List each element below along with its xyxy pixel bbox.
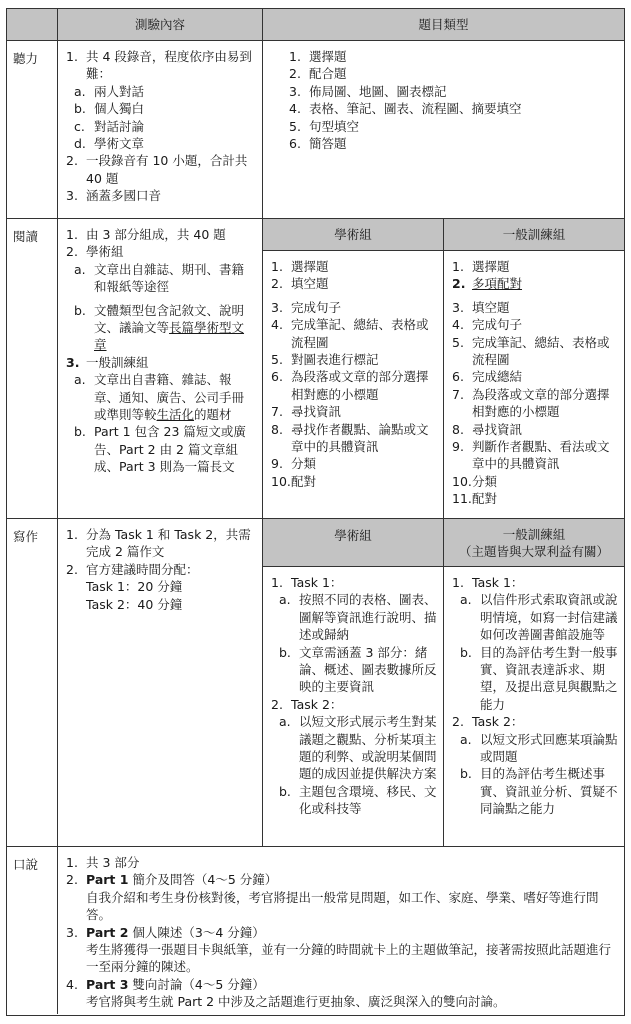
sub-item: d.學術文章: [66, 135, 256, 152]
part-title: 雙向討論（4～5 分鐘）: [128, 977, 264, 992]
reading-academic-types-cell: 1.選擇題 2.填空題 3.完成句子 4.完成筆記、總結、表格或流程圖 5.對圖…: [263, 251, 444, 519]
reading-content-cell: 1.由 3 部分組成，共 40 題 2.學術組 a.文章出自雜誌、期刊、書籍和報…: [58, 219, 263, 519]
sub-item-letter: a.: [279, 713, 299, 783]
part-description: 自我介紹和考生身份核對後，考官將提出一般常見問題，如工作、家庭、學業、嗜好等進行…: [66, 889, 618, 924]
item-number: 2.: [452, 713, 472, 730]
item-number: 1.: [66, 854, 86, 871]
item-number: 1.: [271, 574, 291, 591]
list-item: 8.尋找資訊: [452, 421, 618, 438]
sub-item: b.目的為評估考生概述事實、資訊並分析、質疑不同論點之能力: [452, 765, 618, 817]
sub-item-letter: a.: [74, 371, 94, 423]
list-item: 2.官方建議時間分配：: [66, 561, 256, 578]
item-text: 一般訓練組: [86, 354, 256, 371]
item-number: 3.: [66, 924, 86, 941]
item-number: 1.: [66, 526, 86, 561]
list-item: 1.選擇題: [271, 258, 437, 275]
sub-item-letter: c.: [74, 118, 94, 135]
text-tail: 的題材: [194, 407, 232, 422]
sub-item-text: 文章出自雜誌、期刊、書籍和報紙等途徑: [94, 261, 256, 296]
item-number: 3.: [452, 299, 472, 316]
item-text: 尋找資訊: [291, 403, 437, 420]
sub-item-letter: b.: [460, 765, 480, 817]
sub-item-text: 對話討論: [94, 118, 256, 135]
item-number: 10.: [452, 473, 472, 490]
sub-item-text: 目的為評估考生對一般事實、資訊表達訴求、期望，及提出意見與觀點之能力: [480, 644, 618, 714]
listening-label: 聽力: [13, 51, 38, 66]
sub-item-text: 目的為評估考生概述事實、資訊並分析、質疑不同論點之能力: [480, 765, 618, 817]
item-text: 選擇題: [472, 258, 618, 275]
academic-header-label: 學術組: [334, 527, 372, 544]
item-text: Part 3 雙向討論（4～5 分鐘）: [86, 976, 618, 993]
sub-item-text: 以信件形式索取資訊或說明情境，如寫一封信建議如何改善圖書館設施等: [480, 591, 618, 643]
item-number: 8.: [452, 421, 472, 438]
list-item: 1.選擇題: [289, 48, 618, 65]
writing-label: 寫作: [13, 529, 38, 544]
list-item: 2.填空題: [271, 275, 437, 292]
sub-item-text: 以短文形式回應某項論點或問題: [480, 731, 618, 766]
item-number: 6.: [452, 368, 472, 385]
sub-item-text: 個人獨白: [94, 100, 256, 117]
writing-general-header: 一般訓練組 （主題皆與大眾利益有關）: [444, 519, 624, 567]
part-description: 考官將與考生就 Part 2 中涉及之話題進行更抽象、廣泛與深入的雙向討論。: [66, 993, 618, 1010]
sub-item: a.文章出自雜誌、期刊、書籍和報紙等途徑: [66, 261, 256, 296]
list-item: 5.對圖表進行標記: [271, 351, 437, 368]
item-number: 2.: [452, 275, 472, 292]
item-text: 完成筆記、總結、表格或流程圖: [472, 334, 618, 369]
list-item: 2.學術組: [66, 243, 256, 260]
sub-item: a.兩人對話: [66, 83, 256, 100]
sub-item-letter: b.: [460, 644, 480, 714]
item-number: 3.: [271, 299, 291, 316]
list-item: 8.尋找作者觀點、論點或文章中的具體資訊: [271, 421, 437, 456]
part-title: 簡介及問答（4～5 分鐘）: [128, 872, 277, 887]
list-item-emphasized: 2.多項配對: [452, 275, 618, 292]
sub-item-text: 文章出自書籍、雜誌、報章、通知、廣告、公司手冊或準則等較生活化的題材: [94, 371, 256, 423]
list-item: 11.配對: [452, 490, 618, 507]
list-item: 4.完成句子: [452, 316, 618, 333]
writing-label-cell: 寫作: [7, 519, 58, 847]
speaking-label-cell: 口說: [7, 847, 58, 1014]
item-text: 選擇題: [291, 258, 437, 275]
sub-item: a.文章出自書籍、雜誌、報章、通知、廣告、公司手冊或準則等較生活化的題材: [66, 371, 256, 423]
list-item: 4.完成筆記、總結、表格或流程圖: [271, 316, 437, 351]
list-item: 5.完成筆記、總結、表格或流程圖: [452, 334, 618, 369]
sub-item-text: 按照不同的表格、圖表、圖解等資訊進行說明、描述或歸納: [299, 591, 437, 643]
item-number: 9.: [271, 455, 291, 472]
listening-label-cell: 聽力: [7, 41, 58, 219]
item-number: 4.: [66, 976, 86, 993]
item-number: 4.: [289, 100, 309, 117]
item-text: 分類: [472, 473, 618, 490]
part-label: Part 1: [86, 872, 128, 887]
list-item: 1.Task 1：: [452, 574, 618, 591]
item-text: 填空題: [291, 275, 437, 292]
listening-types-cell: 1.選擇題 2.配合題 3.佈局圖、地圖、圖表標記 4.表格、筆記、圖表、流程圖…: [263, 41, 624, 219]
item-text: 完成句子: [291, 299, 437, 316]
list-item: 2.Task 2：: [452, 713, 618, 730]
sub-item-letter: a.: [74, 83, 94, 100]
item-number: 7.: [452, 386, 472, 421]
item-text: Task 2：: [291, 696, 437, 713]
list-item: 1.由 3 部分組成，共 40 題: [66, 226, 256, 243]
reading-general-types-cell: 1.選擇題 2.多項配對 3.填空題 4.完成句子 5.完成筆記、總結、表格或流…: [444, 251, 624, 519]
item-text: 完成總結: [472, 368, 618, 385]
item-number: 5.: [289, 118, 309, 135]
item-text: 配對: [291, 473, 437, 490]
list-item: 7.為段落或文章的部分選擇相對應的小標題: [452, 386, 618, 421]
time-task1: Task 1：20 分鐘: [66, 578, 256, 595]
list-item: 9.判斷作者觀點、看法或文章中的具體資訊: [452, 438, 618, 473]
item-text: 簡答題: [309, 135, 618, 152]
sub-item-letter: b.: [74, 423, 94, 475]
item-text-underlined: 多項配對: [472, 276, 522, 291]
part-description: 考生將獲得一張題目卡與紙筆，並有一分鐘的時間就卡上的主題做筆記，接著需按照此話題…: [66, 941, 618, 976]
sub-item-letter: a.: [460, 731, 480, 766]
list-item: 1.Task 1：: [271, 574, 437, 591]
item-number: 8.: [271, 421, 291, 456]
reading-label-cell: 閱讀: [7, 219, 58, 519]
sub-item-text: 文章需涵蓋 3 部分：緒論、概述、圖表數據所反映的主要資訊: [299, 644, 437, 696]
sub-item-letter: a.: [460, 591, 480, 643]
item-text: 尋找作者觀點、論點或文章中的具體資訊: [291, 421, 437, 456]
item-text: Part 2 個人陳述（3～4 分鐘）: [86, 924, 618, 941]
header-corner-cell: [7, 9, 58, 41]
item-number: 5.: [452, 334, 472, 369]
header-types-label: 題目類型: [418, 16, 468, 33]
list-item: 4.Part 3 雙向討論（4～5 分鐘）: [66, 976, 618, 993]
sub-item: b.文章需涵蓋 3 部分：緒論、概述、圖表數據所反映的主要資訊: [271, 644, 437, 696]
academic-header-label: 學術組: [334, 226, 372, 243]
item-number: 1.: [66, 48, 86, 83]
list-item: 2.Part 1 簡介及問答（4～5 分鐘）: [66, 871, 618, 888]
list-item: 1.共 3 部分: [66, 854, 618, 871]
list-item: 7.尋找資訊: [271, 403, 437, 420]
sub-item: b.Part 1 包含 23 篇短文或廣告、Part 2 由 2 篇文章組成、P…: [66, 423, 256, 475]
list-item: 9.分類: [271, 455, 437, 472]
item-text: 官方建議時間分配：: [86, 561, 256, 578]
list-item: 6.簡答題: [289, 135, 618, 152]
item-text: 分為 Task 1 和 Task 2，共需完成 2 篇作文: [86, 526, 256, 561]
sub-item: b.文體類型包含記敘文、說明文、議論文等長篇學術型文章: [66, 302, 256, 354]
sub-item-text: 學術文章: [94, 135, 256, 152]
item-text: 學術組: [86, 243, 256, 260]
time-task2: Task 2：40 分鐘: [66, 596, 256, 613]
item-number: 7.: [271, 403, 291, 420]
item-number: 5.: [271, 351, 291, 368]
sub-item-letter: a.: [279, 591, 299, 643]
item-number: 3.: [66, 187, 86, 204]
item-number: 1.: [452, 574, 472, 591]
writing-academic-cell: 1.Task 1： a.按照不同的表格、圖表、圖解等資訊進行說明、描述或歸納 b…: [263, 567, 444, 847]
sub-item: b.個人獨白: [66, 100, 256, 117]
list-item: 5.句型填空: [289, 118, 618, 135]
item-text: Task 1：: [472, 574, 618, 591]
sub-item-text: 文體類型包含記敘文、說明文、議論文等長篇學術型文章: [94, 302, 256, 354]
item-number: 2.: [66, 871, 86, 888]
speaking-content-cell: 1.共 3 部分 2.Part 1 簡介及問答（4～5 分鐘） 自我介紹和考生身…: [58, 847, 624, 1014]
list-item: 2.Task 2：: [271, 696, 437, 713]
item-number: 9.: [452, 438, 472, 473]
list-item: 6.為段落或文章的部分選擇相對應的小標題: [271, 368, 437, 403]
item-number: 4.: [271, 316, 291, 351]
item-number: 6.: [271, 368, 291, 403]
part-label: Part 3: [86, 977, 128, 992]
item-text: 配合題: [309, 65, 618, 82]
list-item: 6.完成總結: [452, 368, 618, 385]
header-types-cell: 題目類型: [263, 9, 624, 41]
reading-general-header: 一般訓練組: [444, 219, 624, 251]
part-title: 個人陳述（3～4 分鐘）: [128, 925, 264, 940]
list-item: 3.填空題: [452, 299, 618, 316]
list-item: 4.表格、筆記、圖表、流程圖、摘要填空: [289, 100, 618, 117]
item-number: 3.: [66, 354, 86, 371]
item-text: 尋找資訊: [472, 421, 618, 438]
item-text: 完成句子: [472, 316, 618, 333]
header-content-cell: 測驗內容: [58, 9, 263, 41]
sub-item-letter: d.: [74, 135, 94, 152]
sub-item: c.對話討論: [66, 118, 256, 135]
item-text: 表格、筆記、圖表、流程圖、摘要填空: [309, 100, 618, 117]
sub-item-text: 主題包含環境、移民、文化或科技等: [299, 783, 437, 818]
item-number: 4.: [452, 316, 472, 333]
text-underlined: 生活化: [157, 407, 195, 422]
item-number: 2.: [66, 561, 86, 578]
sub-item-letter: b.: [279, 783, 299, 818]
item-number: 1.: [452, 258, 472, 275]
item-text: 一段錄音有 10 小題，合計共 40 題: [86, 152, 256, 187]
writing-general-cell: 1.Task 1： a.以信件形式索取資訊或說明情境，如寫一封信建議如何改善圖書…: [444, 567, 624, 847]
item-text: 填空題: [472, 299, 618, 316]
item-text: 選擇題: [309, 48, 618, 65]
item-text: 對圖表進行標記: [291, 351, 437, 368]
item-text: Part 1 簡介及問答（4～5 分鐘）: [86, 871, 618, 888]
sub-item: a.以短文形式回應某項論點或問題: [452, 731, 618, 766]
sub-item-text: Part 1 包含 23 篇短文或廣告、Part 2 由 2 篇文章組成、Par…: [94, 423, 256, 475]
list-item: 3.Part 2 個人陳述（3～4 分鐘）: [66, 924, 618, 941]
item-number: 2.: [66, 243, 86, 260]
item-text: 由 3 部分組成，共 40 題: [86, 226, 256, 243]
list-item: 3.涵蓋多國口音: [66, 187, 256, 204]
sub-item-letter: b.: [74, 302, 94, 354]
item-text: 為段落或文章的部分選擇相對應的小標題: [291, 368, 437, 403]
item-text: 共 4 段錄音，程度依序由易到難：: [86, 48, 256, 83]
item-number: 1.: [289, 48, 309, 65]
sub-item-letter: b.: [279, 644, 299, 696]
sub-item-letter: b.: [74, 100, 94, 117]
listening-content-cell: 1.共 4 段錄音，程度依序由易到難： a.兩人對話 b.個人獨白 c.對話討論…: [58, 41, 263, 219]
item-text: 為段落或文章的部分選擇相對應的小標題: [472, 386, 618, 421]
part-label: Part 2: [86, 925, 128, 940]
item-text: 分類: [291, 455, 437, 472]
reading-label: 閱讀: [13, 229, 38, 244]
item-text: 句型填空: [309, 118, 618, 135]
general-header-label: 一般訓練組: [503, 226, 566, 243]
list-item: 1.選擇題: [452, 258, 618, 275]
list-item: 2.一段錄音有 10 小題，合計共 40 題: [66, 152, 256, 187]
sub-item-text: 以短文形式展示考生對某議題之觀點、分析某項主題的利弊、或說明某個問題的成因並提供…: [299, 713, 437, 783]
general-header-note: （主題皆與大眾利益有關）: [459, 543, 609, 560]
item-number: 1.: [271, 258, 291, 275]
item-text: Task 2：: [472, 713, 618, 730]
writing-content-cell: 1.分為 Task 1 和 Task 2，共需完成 2 篇作文 2.官方建議時間…: [58, 519, 263, 847]
item-text: 共 3 部分: [86, 854, 618, 871]
sub-item: a.以短文形式展示考生對某議題之觀點、分析某項主題的利弊、或說明某個問題的成因並…: [271, 713, 437, 783]
item-text: 配對: [472, 490, 618, 507]
item-text: 判斷作者觀點、看法或文章中的具體資訊: [472, 438, 618, 473]
header-content-label: 測驗內容: [135, 16, 185, 33]
sub-item: a.以信件形式索取資訊或說明情境，如寫一封信建議如何改善圖書館設施等: [452, 591, 618, 643]
sub-item: a.按照不同的表格、圖表、圖解等資訊進行說明、描述或歸納: [271, 591, 437, 643]
item-text: 涵蓋多國口音: [86, 187, 256, 204]
writing-academic-header: 學術組: [263, 519, 444, 567]
list-item: 3.一般訓練組: [66, 354, 256, 371]
item-text: 完成筆記、總結、表格或流程圖: [291, 316, 437, 351]
item-number: 3.: [289, 83, 309, 100]
list-item: 3.完成句子: [271, 299, 437, 316]
item-number: 2.: [271, 275, 291, 292]
sub-item-letter: a.: [74, 261, 94, 296]
sub-item: b.主題包含環境、移民、文化或科技等: [271, 783, 437, 818]
list-item: 10.配對: [271, 473, 437, 490]
item-number: 6.: [289, 135, 309, 152]
item-number: 2.: [66, 152, 86, 187]
sub-item-text: 兩人對話: [94, 83, 256, 100]
item-number: 2.: [289, 65, 309, 82]
reading-academic-header: 學術組: [263, 219, 444, 251]
sub-item: b.目的為評估考生對一般事實、資訊表達訴求、期望，及提出意見與觀點之能力: [452, 644, 618, 714]
list-item: 2.配合題: [289, 65, 618, 82]
ielts-exam-table: 測驗內容 題目類型 聽力 1.共 4 段錄音，程度依序由易到難： a.兩人對話 …: [6, 8, 625, 1016]
list-item: 1.分為 Task 1 和 Task 2，共需完成 2 篇作文: [66, 526, 256, 561]
item-text: Task 1：: [291, 574, 437, 591]
item-number: 10.: [271, 473, 291, 490]
speaking-label: 口說: [13, 857, 38, 872]
list-item: 1.共 4 段錄音，程度依序由易到難：: [66, 48, 256, 83]
item-number: 2.: [271, 696, 291, 713]
item-number: 11.: [452, 490, 472, 507]
list-item: 10.分類: [452, 473, 618, 490]
item-number: 1.: [66, 226, 86, 243]
list-item: 3.佈局圖、地圖、圖表標記: [289, 83, 618, 100]
general-header-label: 一般訓練組: [503, 526, 566, 543]
item-text: 佈局圖、地圖、圖表標記: [309, 83, 618, 100]
